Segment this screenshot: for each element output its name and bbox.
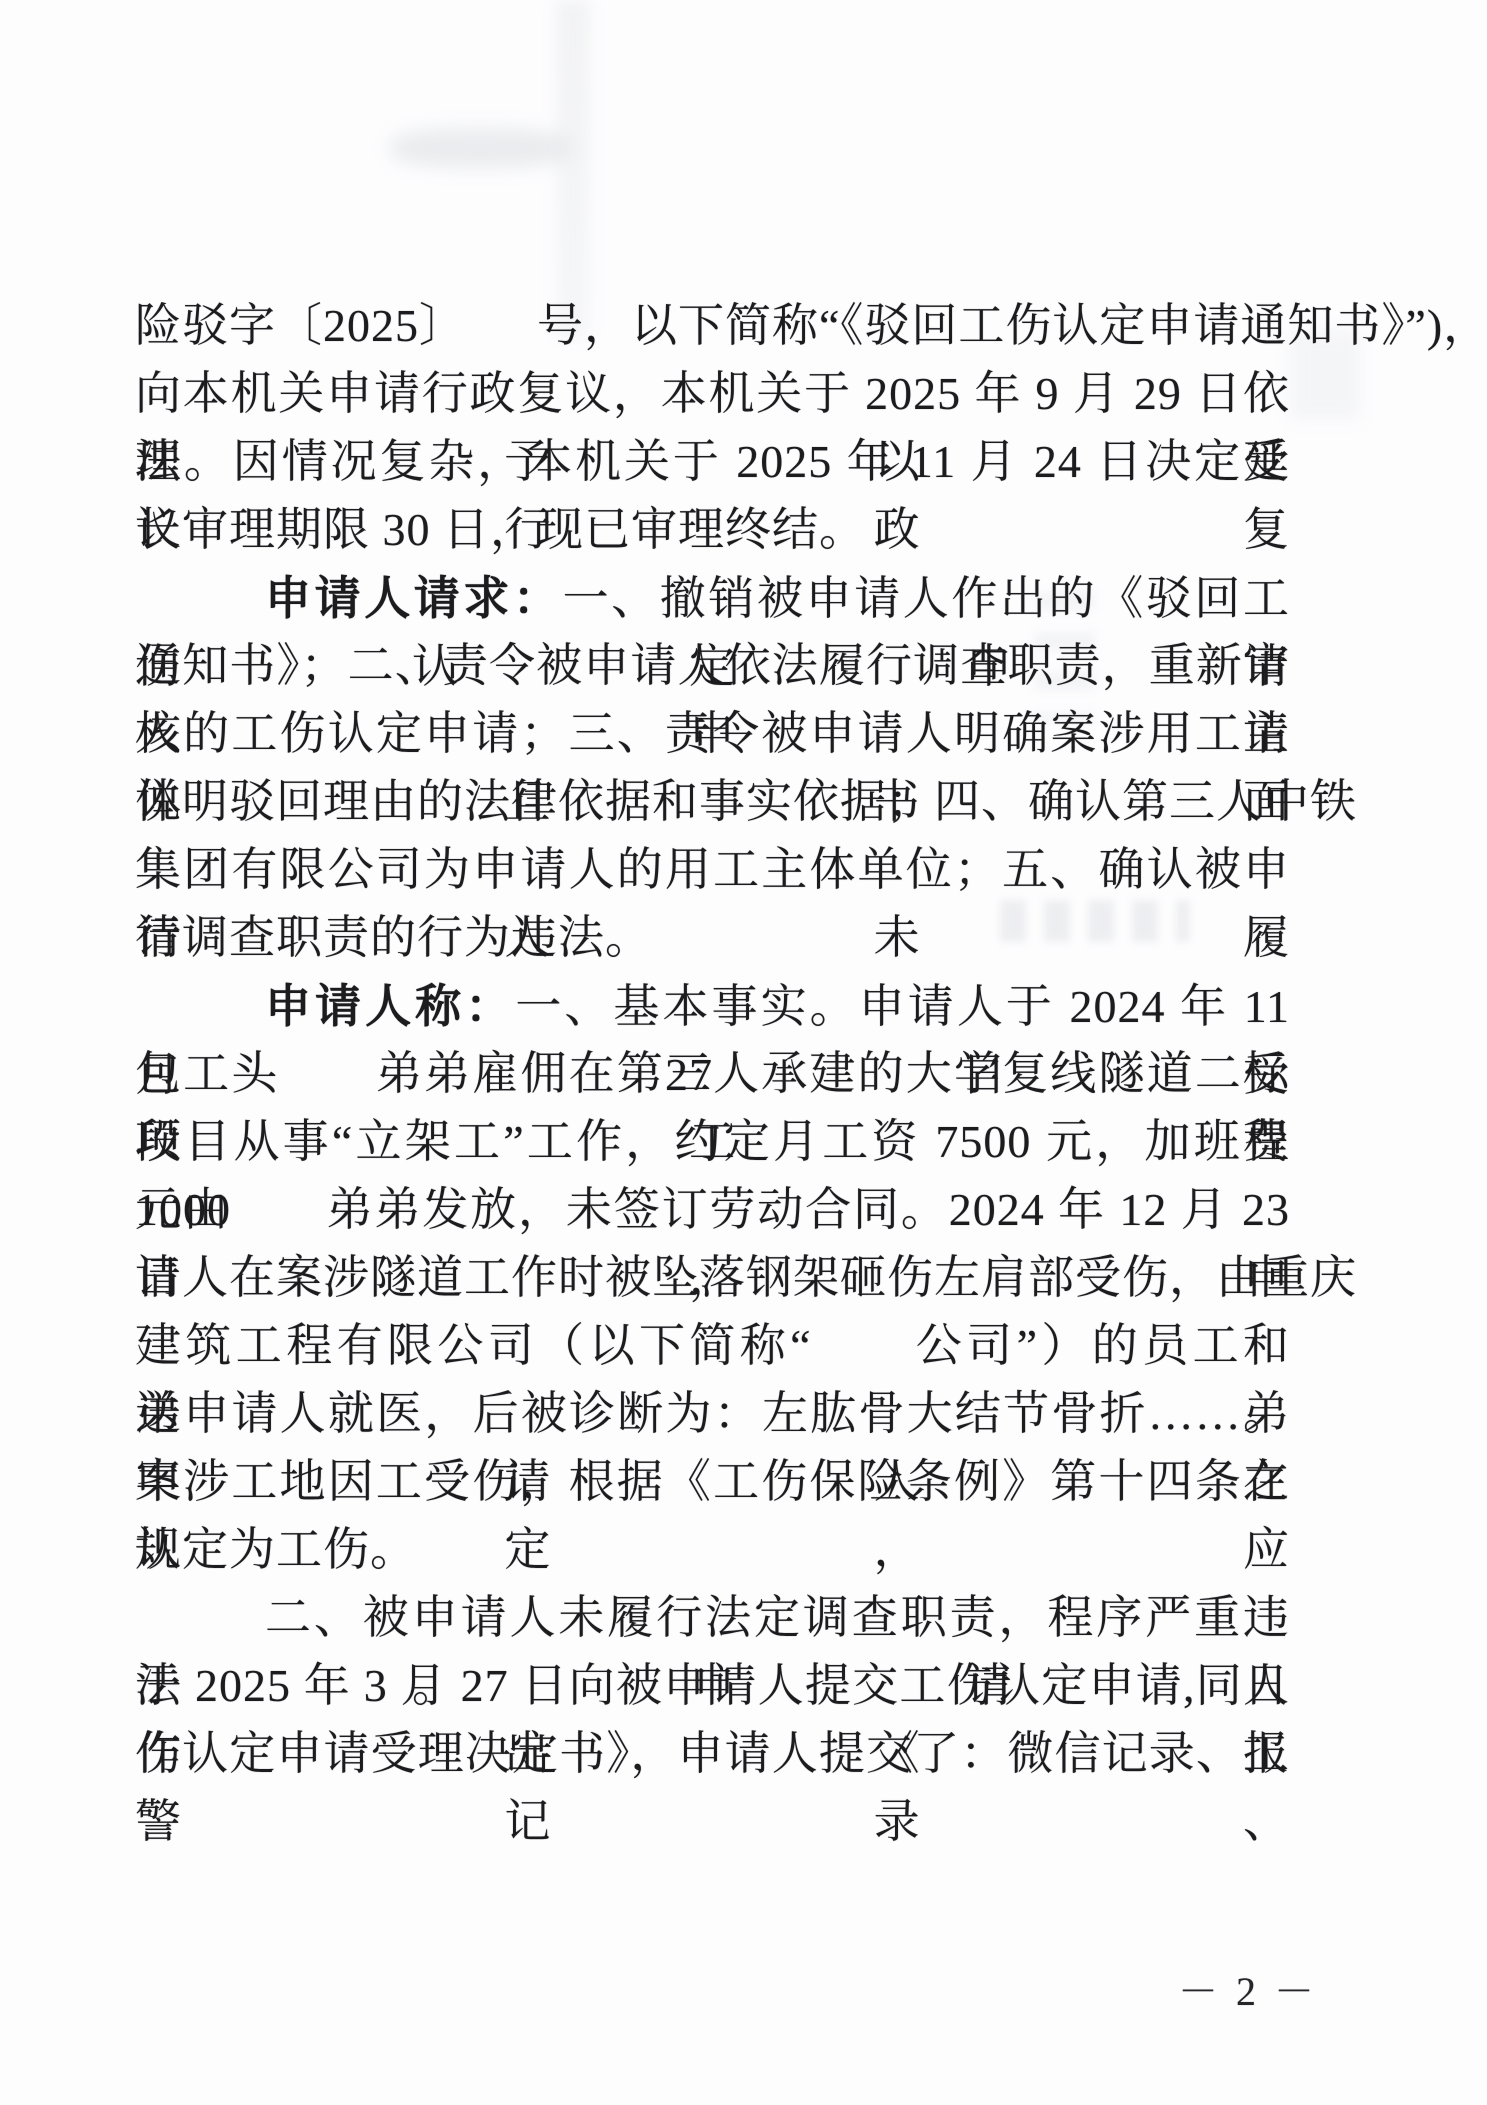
- text-line: 向本机关申请行政复议，本机关于 2025 年 9 月 29 日依法予以受: [135, 360, 1290, 428]
- text-line: 险驳字〔2025〕 号，以下简称“《驳回工伤认定申请通知书》”)，: [135, 292, 1290, 360]
- document-lines: 险驳字〔2025〕 号，以下简称“《驳回工伤认定申请通知书》”)，向本机关申请行…: [135, 292, 1290, 1788]
- text-line: 送申请人就医，后被诊断为：左肱骨大结节骨折……。申请人在: [135, 1380, 1290, 1448]
- scan-streak: [556, 0, 590, 340]
- text-line: 理。因情况复杂，本机关于 2025 年 11 月 24 日决定延长行政复: [135, 428, 1290, 496]
- paragraph-text: 认定为工伤。: [135, 1524, 417, 1575]
- text-line: 申请人称：一、基本事实。申请人于 2024 年 11 月 27 日受: [135, 972, 1290, 1040]
- text-line: 于 2025 年 3 月 27 日向被申请人提交工伤认定申请,同日作出《工: [135, 1652, 1290, 1720]
- text-line: 案涉工地因工受伤，根据《工伤保险条例》第十四条之规定，应: [135, 1448, 1290, 1516]
- paragraph-lead-bold: 申请人请求：: [265, 572, 563, 624]
- text-line: 项目从事“立架工”工作，约定月工资 7500 元，加班费 1000: [135, 1108, 1290, 1176]
- text-line: 申请人请求：一、撤销被申请人作出的《驳回工伤认定申请: [135, 564, 1290, 632]
- text-line: 元由 弟弟发放，未签订劳动合同。2024 年 12 月 23 日，申: [135, 1176, 1290, 1244]
- text-line: 建筑工程有限公司（以下简称“ 公司”）的员工和 弟弟: [135, 1312, 1290, 1380]
- text-line: 集团有限公司为申请人的用工主体单位；五、确认被申请人未履: [135, 836, 1290, 904]
- text-line: 包工头 弟弟雇佣在第三人承建的大学复线隧道二标段工程: [135, 1040, 1290, 1108]
- text-line: 通知书》；二、责令被申请人依法履行调查职责，重新审核申请: [135, 632, 1290, 700]
- document-page: 险驳字〔2025〕 号，以下简称“《驳回工伤认定申请通知书》”)，向本机关申请行…: [0, 0, 1487, 2105]
- text-line: 二、被申请人未履行法定调查职责，程序严重违法。申请人: [135, 1584, 1290, 1652]
- paragraph-text: 请人在案涉隧道工作时被坠落钢架砸伤左肩部受伤，由重庆: [135, 1252, 1357, 1303]
- text-line: 伤认定申请受理决定书》，申请人提交了：微信记录、报警记录、: [135, 1720, 1290, 1788]
- paragraph-lead-bold: 申请人称：: [265, 980, 515, 1032]
- paragraph-text: 险驳字〔2025〕 号，以下简称“《驳回工伤认定申请通知书》”)，: [135, 300, 1487, 351]
- scan-smudge: [390, 128, 570, 168]
- page-number: － 2 －: [1178, 1960, 1318, 2017]
- text-line: 说明驳回理由的法律依据和事实依据；四、确认第三人中铁: [135, 768, 1290, 836]
- paragraph-text: 说明驳回理由的法律依据和事实依据；四、确认第三人中铁: [135, 776, 1357, 827]
- paragraph-text: 行调查职责的行为违法。: [135, 912, 652, 963]
- text-line: 人的工伤认定申请；三、责令被申请人明确案涉用工主体且书面: [135, 700, 1290, 768]
- text-line: 请人在案涉隧道工作时被坠落钢架砸伤左肩部受伤，由重庆: [135, 1244, 1290, 1312]
- paragraph-text: 议审理期限 30 日，现已审理终结。: [135, 504, 866, 555]
- paragraph-text: 伤认定申请受理决定书》，申请人提交了：微信记录、报警记录、: [135, 1728, 1290, 1847]
